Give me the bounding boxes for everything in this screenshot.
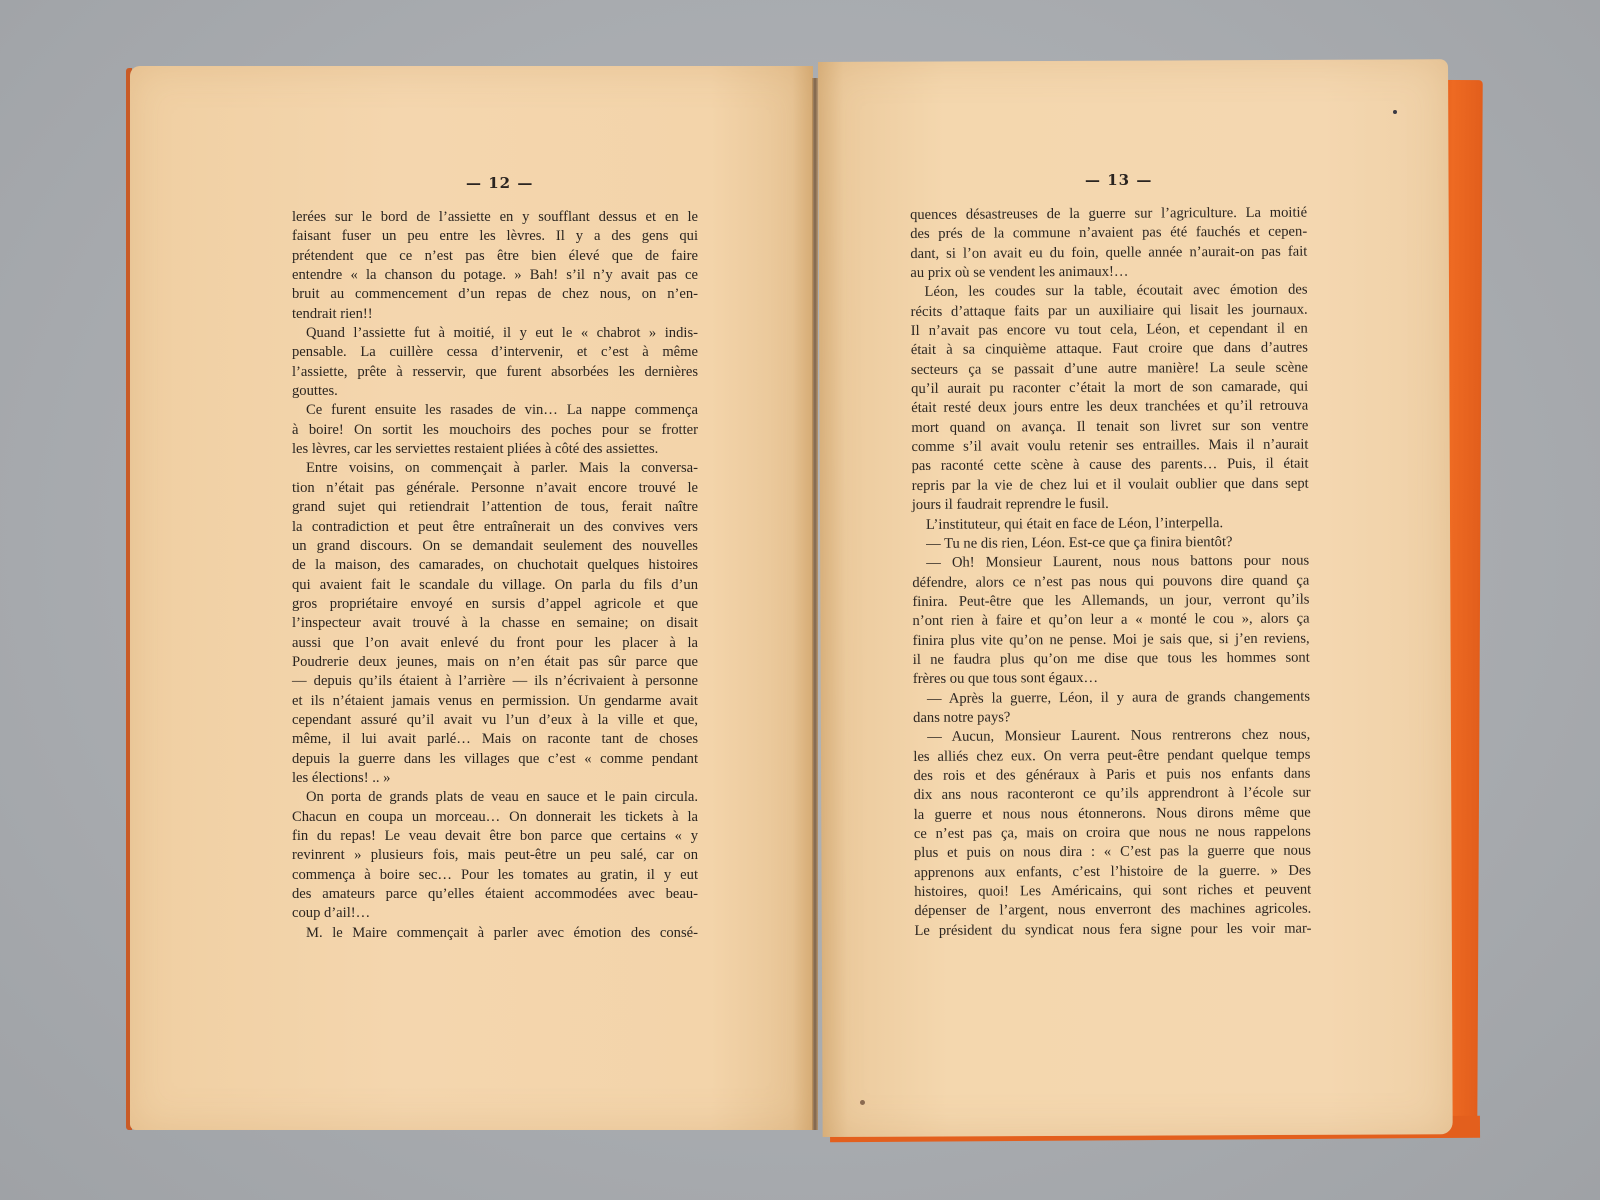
- text-line: des prés de la commune n’avaient pas été…: [910, 223, 1307, 245]
- book-gutter: [812, 78, 818, 1130]
- text-line: finira. Peut-être que les Allemands, un …: [912, 590, 1309, 612]
- text-line: gouttes.: [292, 382, 698, 401]
- text-line: dans notre pays?: [913, 707, 1310, 729]
- text-line: frères ou que tous sont égaux…: [913, 668, 1310, 690]
- text-line: Le président du syndicat nous fera signe…: [914, 919, 1311, 941]
- text-line: finira plus vite qu’on ne pense. Moi je …: [913, 629, 1310, 651]
- text-line: grand sujet qui retiendrait l’attention …: [292, 498, 698, 517]
- text-line: Léon, les coudes sur la table, écoutait …: [910, 281, 1307, 303]
- text-line: pensable. La cuillère cessa d’intervenir…: [292, 343, 698, 362]
- text-line: apprenons aux enfants, c’est l’histoire …: [914, 861, 1311, 883]
- text-line: il ne faudra plus qu’on me dise que tous…: [913, 648, 1310, 670]
- text-line: faisant fuser un peu entre les lèvres. I…: [292, 227, 698, 246]
- text-line: histoires, quoi! Les Américains, qui son…: [914, 881, 1311, 903]
- text-line: — Oh! Monsieur Laurent, nous nous batton…: [912, 552, 1309, 574]
- right-page-body-text: quences désastreuses de la guerre sur l’…: [910, 204, 1311, 941]
- text-line: — Aucun, Monsieur Laurent. Nous rentrero…: [913, 726, 1310, 748]
- text-line: Poudrerie deux jeunes, mais on n’en étai…: [292, 653, 698, 672]
- text-line: ce n’est pas ça, mais on croira que nous…: [914, 823, 1311, 845]
- text-line: lerées sur le bord de l’assiette en y so…: [292, 208, 698, 227]
- text-line: tion n’était pas générale. Personne n’av…: [292, 479, 698, 498]
- paper-speck: [860, 1100, 865, 1105]
- text-line: des rois et des généraux à Paris et puis…: [913, 765, 1310, 787]
- text-line: des amateurs parce qu’elles étaient acco…: [292, 885, 698, 904]
- text-line: commença à boire sec… Pour les tomates a…: [292, 866, 698, 885]
- text-line: les lèvres, car les serviettes restaient…: [292, 440, 698, 459]
- text-line: prétendent que ce n’est pas être bien él…: [292, 247, 698, 266]
- text-line: la guerre et nous nous étonnerons. Nous …: [914, 803, 1311, 825]
- text-line: qu’il aurait pu raconter c’était la mort…: [911, 378, 1308, 400]
- text-line: les alliés chez eux. On verra peut-être …: [913, 745, 1310, 767]
- text-line: l’assiette, prête à resservir, que furen…: [292, 363, 698, 382]
- text-line: défendre, alors ce n’est pas nous qui po…: [912, 571, 1309, 593]
- text-line: jours il faudrait reprendre le fusil.: [912, 494, 1309, 516]
- text-line: revinrent » plusieurs fois, mais peut-êt…: [292, 846, 698, 865]
- page-number-right: — 13 —: [1085, 171, 1152, 189]
- text-line: dix ans nous raconteront ce qu’ils appre…: [914, 784, 1311, 806]
- text-line: M. le Maire commençait à parler avec émo…: [292, 924, 698, 943]
- text-line: au prix où se vendent les animaux!…: [910, 262, 1307, 284]
- text-line: entendre « la chanson du potage. » Bah! …: [292, 266, 698, 285]
- text-line: à boire! On sortit les mouchoirs des poc…: [292, 421, 698, 440]
- text-line: récits d’attaque faits par un auxiliaire…: [911, 300, 1308, 322]
- text-line: tendrait rien!!: [292, 305, 698, 324]
- text-line: pas raconté cette scène à cause des pare…: [912, 455, 1309, 477]
- left-page-body-text: lerées sur le bord de l’assiette en y so…: [292, 208, 698, 943]
- text-line: — Après la guerre, Léon, il y aura de gr…: [913, 687, 1310, 709]
- text-line: secteurs ça se passait d’une autre maniè…: [911, 358, 1308, 380]
- text-line: depuis la guerre dans les villages que c…: [292, 750, 698, 769]
- paper-speck: [1393, 110, 1397, 114]
- text-line: qui avaient fait le scandale du village.…: [292, 576, 698, 595]
- text-line: fin du repas! Le veau devait être bon pa…: [292, 827, 698, 846]
- text-line: et ils n’étaient jamais venus en permiss…: [292, 692, 698, 711]
- text-line: aussi que l’on avait enlevé du front pou…: [292, 634, 698, 653]
- text-line: repris par la vie de chez lui et il voul…: [912, 474, 1309, 496]
- text-line: n’ont rien à faire et qu’on leur a « mon…: [912, 610, 1309, 632]
- text-line: plus et puis on nous dira : « C’est pas …: [914, 842, 1311, 864]
- text-line: les élections! .. »: [292, 769, 698, 788]
- text-line: Quand l’assiette fut à moitié, il y eut …: [292, 324, 698, 343]
- text-line: Entre voisins, on commençait à parler. M…: [292, 459, 698, 478]
- text-line: un grand discours. On se demandait seule…: [292, 537, 698, 556]
- text-line: mort quand on avança. Il tenait son livr…: [911, 416, 1308, 438]
- text-line: Il n’avait pas encore vu tout cela, Léon…: [911, 320, 1308, 342]
- text-line: même, il lui avait parlé… Mais on racont…: [292, 730, 698, 749]
- text-line: l’inspecteur avait trouvé à la chasse en…: [292, 614, 698, 633]
- text-line: coup d’ail!…: [292, 904, 698, 923]
- text-line: de la maison, des camarades, on chuchota…: [292, 556, 698, 575]
- text-line: gros propriétaire envoyé en sursis d’app…: [292, 595, 698, 614]
- text-line: quences désastreuses de la guerre sur l’…: [910, 204, 1307, 226]
- text-line: — Tu ne dis rien, Léon. Est-ce que ça fi…: [912, 532, 1309, 554]
- text-line: la contradiction et peut être entraînera…: [292, 518, 698, 537]
- text-line: était resté deux jours entre les deux tr…: [911, 397, 1308, 419]
- text-line: — depuis qu’ils étaient à l’arrière — il…: [292, 672, 698, 691]
- text-line: Ce furent ensuite les rasades de vin… La…: [292, 401, 698, 420]
- text-line: On porta de grands plats de veau en sauc…: [292, 788, 698, 807]
- text-line: L’instituteur, qui était en face de Léon…: [912, 513, 1309, 535]
- text-line: bruit au commencement d’un repas de chez…: [292, 285, 698, 304]
- text-line: comme s’il avait voulu retenir ses entra…: [911, 436, 1308, 458]
- page-number-left: — 12 —: [466, 174, 533, 192]
- text-line: était à sa cinquième attaque. Faut croir…: [911, 339, 1308, 361]
- text-line: cependant assuré qu’il avait vu l’un d’e…: [292, 711, 698, 730]
- text-line: Chacun en coupa un morceau… On donnerait…: [292, 808, 698, 827]
- text-line: dépenser de l’argent, nous enverront des…: [914, 900, 1311, 922]
- text-line: dant, si l’on avait eu du foin, quelle a…: [910, 242, 1307, 264]
